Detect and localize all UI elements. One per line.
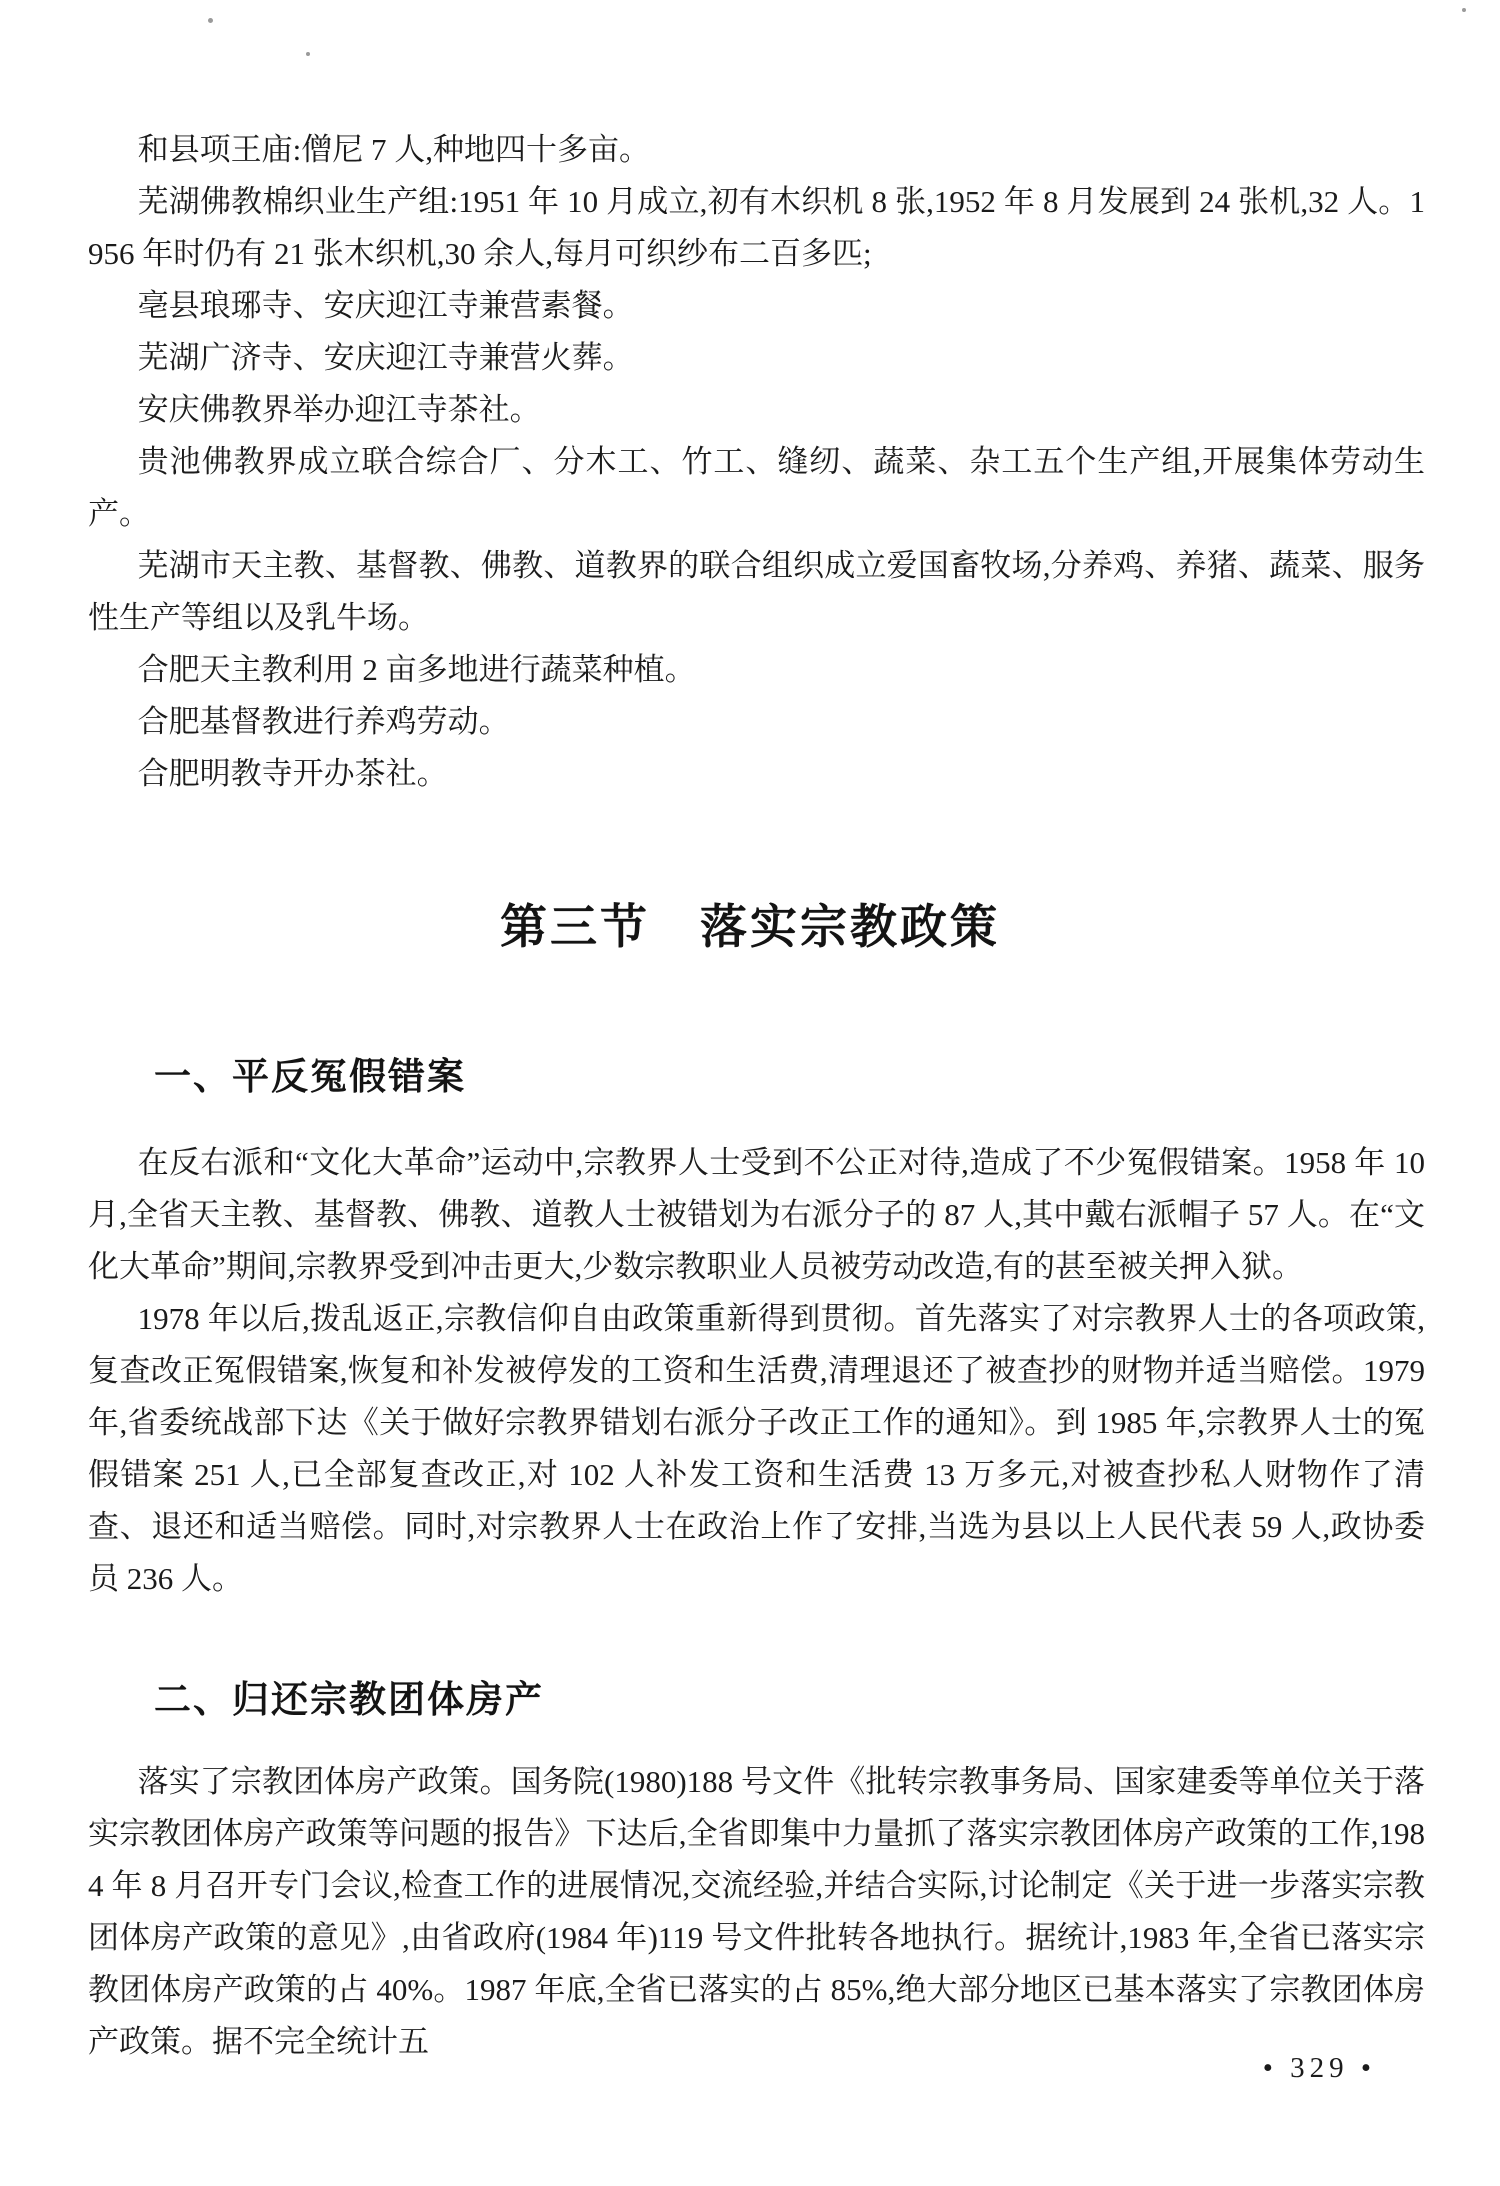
scan-speck — [306, 52, 310, 56]
subsection-body-rehabilitation: 在反右派和“文化大革命”运动中,宗教界人士受到不公正对待,造成了不少冤假错案。1… — [88, 1137, 1425, 1605]
intro-paragraph: 芜湖市天主教、基督教、佛教、道教界的联合组织成立爱国畜牧场,分养鸡、养猪、蔬菜、… — [88, 540, 1425, 644]
subsection-body-property-return: 落实了宗教团体房产政策。国务院(1980)188 号文件《批转宗教事务局、国家建… — [88, 1756, 1425, 2068]
intro-paragraph: 合肥明教寺开办茶社。 — [88, 748, 1425, 800]
intro-paragraph: 安庆佛教界举办迎江寺茶社。 — [88, 384, 1425, 436]
page-number: • 329 • — [1263, 2052, 1376, 2085]
intro-section: 和县项王庙:僧尼 7 人,种地四十多亩。 芜湖佛教棉织业生产组:1951 年 1… — [88, 124, 1425, 800]
scan-speck — [208, 18, 213, 23]
intro-paragraph: 亳县琅琊寺、安庆迎江寺兼营素餐。 — [88, 280, 1425, 332]
subsection-heading-property-return: 二、归还宗教团体房产 — [154, 1676, 544, 1724]
subsection-heading-rehabilitation: 一、平反冤假错案 — [154, 1053, 466, 1101]
intro-paragraph: 合肥基督教进行养鸡劳动。 — [88, 696, 1425, 748]
intro-paragraph: 和县项王庙:僧尼 7 人,种地四十多亩。 — [88, 124, 1425, 176]
paragraph: 1978 年以后,拨乱返正,宗教信仰自由政策重新得到贯彻。首先落实了对宗教界人士… — [88, 1293, 1425, 1605]
intro-paragraph: 贵池佛教界成立联合综合厂、分木工、竹工、缝纫、蔬菜、杂工五个生产组,开展集体劳动… — [88, 436, 1425, 540]
intro-paragraph: 合肥天主教利用 2 亩多地进行蔬菜种植。 — [88, 644, 1425, 696]
scan-speck — [1462, 8, 1466, 12]
intro-paragraph: 芜湖佛教棉织业生产组:1951 年 10 月成立,初有木织机 8 张,1952 … — [88, 176, 1425, 280]
intro-paragraph: 芜湖广济寺、安庆迎江寺兼营火葬。 — [88, 332, 1425, 384]
paragraph: 在反右派和“文化大革命”运动中,宗教界人士受到不公正对待,造成了不少冤假错案。1… — [88, 1137, 1425, 1293]
section-title: 第三节 落实宗教政策 — [0, 897, 1500, 957]
paragraph: 落实了宗教团体房产政策。国务院(1980)188 号文件《批转宗教事务局、国家建… — [88, 1756, 1425, 2068]
document-page: 和县项王庙:僧尼 7 人,种地四十多亩。 芜湖佛教棉织业生产组:1951 年 1… — [0, 0, 1500, 2186]
